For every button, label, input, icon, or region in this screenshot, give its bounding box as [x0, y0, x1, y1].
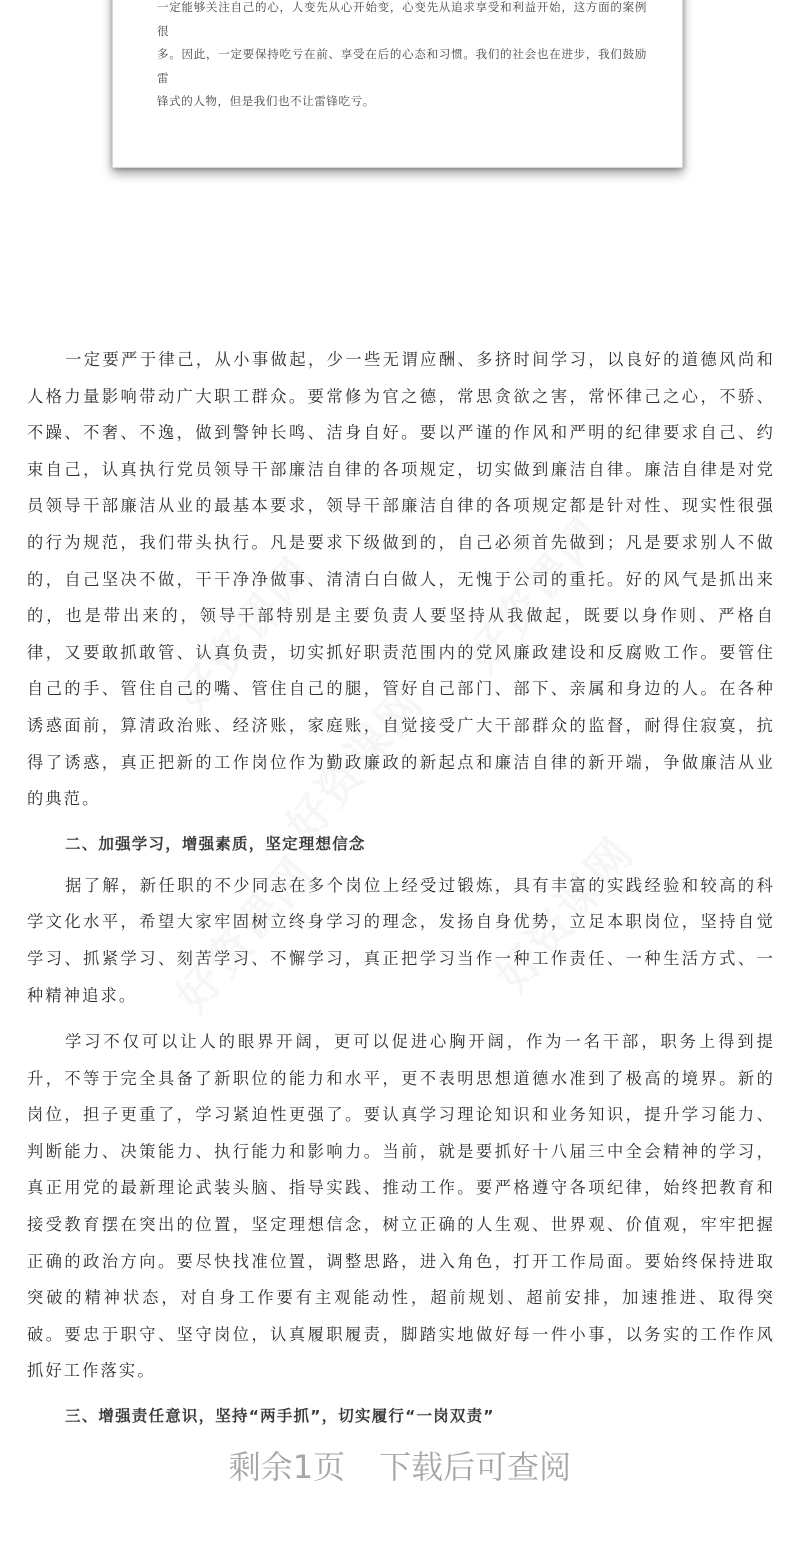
section-heading-2: 二、加强学习，增强素质，坚定理想信念 — [27, 834, 775, 854]
document-body: 一定要严于律己，从小事做起，少一些无谓应酬、多挤时间学习，以良好的道德风尚和人格… — [27, 342, 775, 1426]
preview-page-text: 一定能够关注自己的心，人变先从心开始变，心变先从追求享受和利益开始，这方面的案例… — [157, 0, 647, 114]
preview-page-card: 一定能够关注自己的心，人变先从心开始变，心变先从追求享受和利益开始，这方面的案例… — [112, 0, 683, 168]
paragraph-learning-detail: 学习不仅可以让人的眼界开阔，更可以促进心胸开阔，作为一名干部，职务上得到提升，不… — [27, 1024, 775, 1390]
paragraph-self-discipline: 一定要严于律己，从小事做起，少一些无谓应酬、多挤时间学习，以良好的道德风尚和人格… — [27, 342, 775, 818]
section-heading-3: 三、增强责任意识，坚持“两手抓”，切实履行“一岗双责” — [27, 1406, 775, 1426]
preview-line: 一定能够关注自己的心，人变先从心开始变，心变先从追求享受和利益开始，这方面的案例… — [157, 0, 647, 43]
preview-line: 多。因此，一定要保持吃亏在前、享受在后的心态和习惯。我们的社会也在进步，我们鼓励… — [157, 43, 647, 90]
download-to-read-banner[interactable]: 剩余1页下载后可查阅 — [0, 1442, 800, 1488]
remaining-pages-label: 剩余1页 — [229, 1442, 345, 1488]
preview-line: 锋式的人物，但是我们也不让雷锋吃亏。 — [157, 90, 647, 114]
download-to-view-label: 下载后可查阅 — [379, 1442, 571, 1488]
paragraph-learning-intro: 据了解，新任职的不少同志在多个岗位上经受过锻炼，具有丰富的实践经验和较高的科学文… — [27, 868, 775, 1014]
